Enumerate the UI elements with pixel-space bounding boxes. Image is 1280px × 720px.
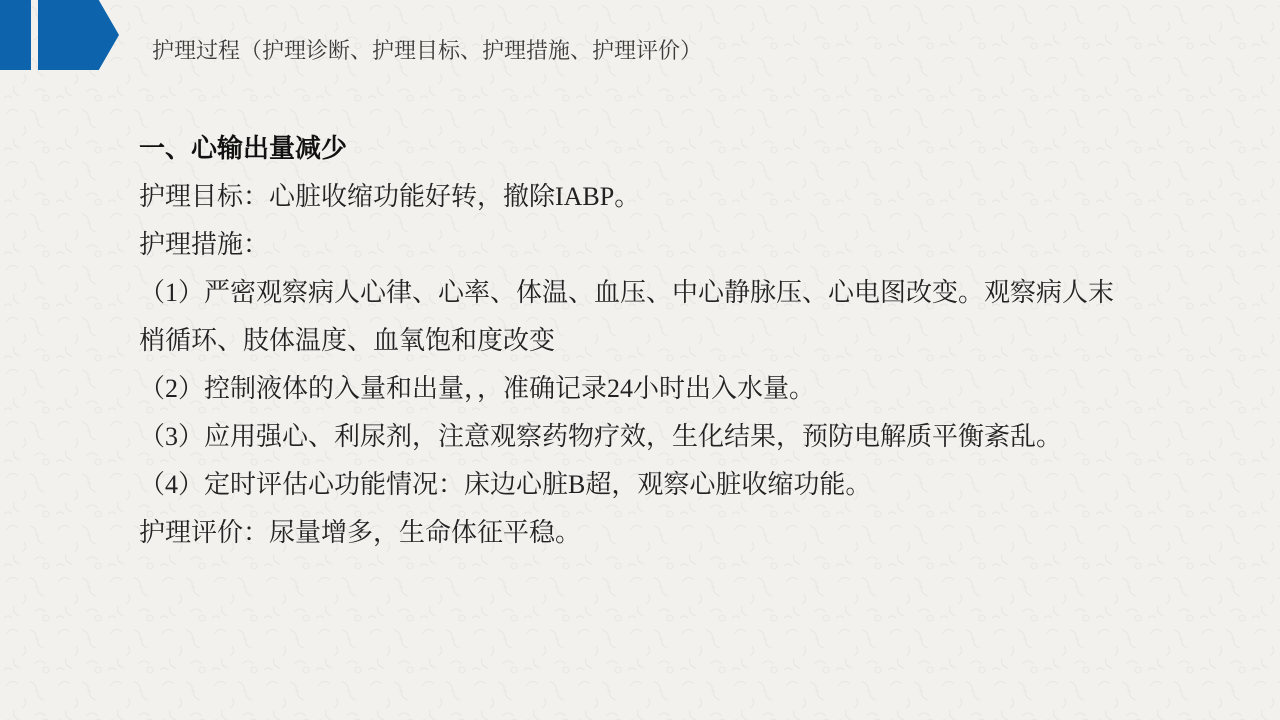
body-line-measure-1-continued: 梢循环、肢体温度、血氧饱和度改变 (139, 317, 1169, 365)
accent-bar-decoration (0, 0, 31, 70)
body-line-evaluation: 护理评价：尿量增多，生命体征平稳。 (139, 509, 1169, 557)
body-line-measure-2: （2）控制液体的入量和出量，，准确记录24小时出入水量。 (139, 365, 1169, 413)
presentation-slide: 护理过程（护理诊断、护理目标、护理措施、护理评价） 一、心输出量减少 护理目标：… (0, 0, 1280, 720)
body-line-measure-1: （1）严密观察病人心律、心率、体温、血压、中心静脉压、心电图改变。观察病人末 (139, 269, 1169, 317)
body-line-measure-4: （4）定时评估心功能情况：床边心脏B超，观察心脏收缩功能。 (139, 461, 1169, 509)
slide-body: 一、心输出量减少 护理目标：心脏收缩功能好转，撤除IABP。 护理措施： （1）… (139, 125, 1169, 557)
section-heading: 一、心输出量减少 (139, 125, 1169, 173)
body-line-measure-3: （3）应用强心、利尿剂，注意观察药物疗效，生化结果，预防电解质平衡紊乱。 (139, 413, 1169, 461)
accent-arrow-decoration (38, 0, 119, 70)
body-line-measures-label: 护理措施： (139, 221, 1169, 269)
body-line-goal: 护理目标：心脏收缩功能好转，撤除IABP。 (139, 173, 1169, 221)
slide-header-title: 护理过程（护理诊断、护理目标、护理措施、护理评价） (152, 38, 702, 64)
